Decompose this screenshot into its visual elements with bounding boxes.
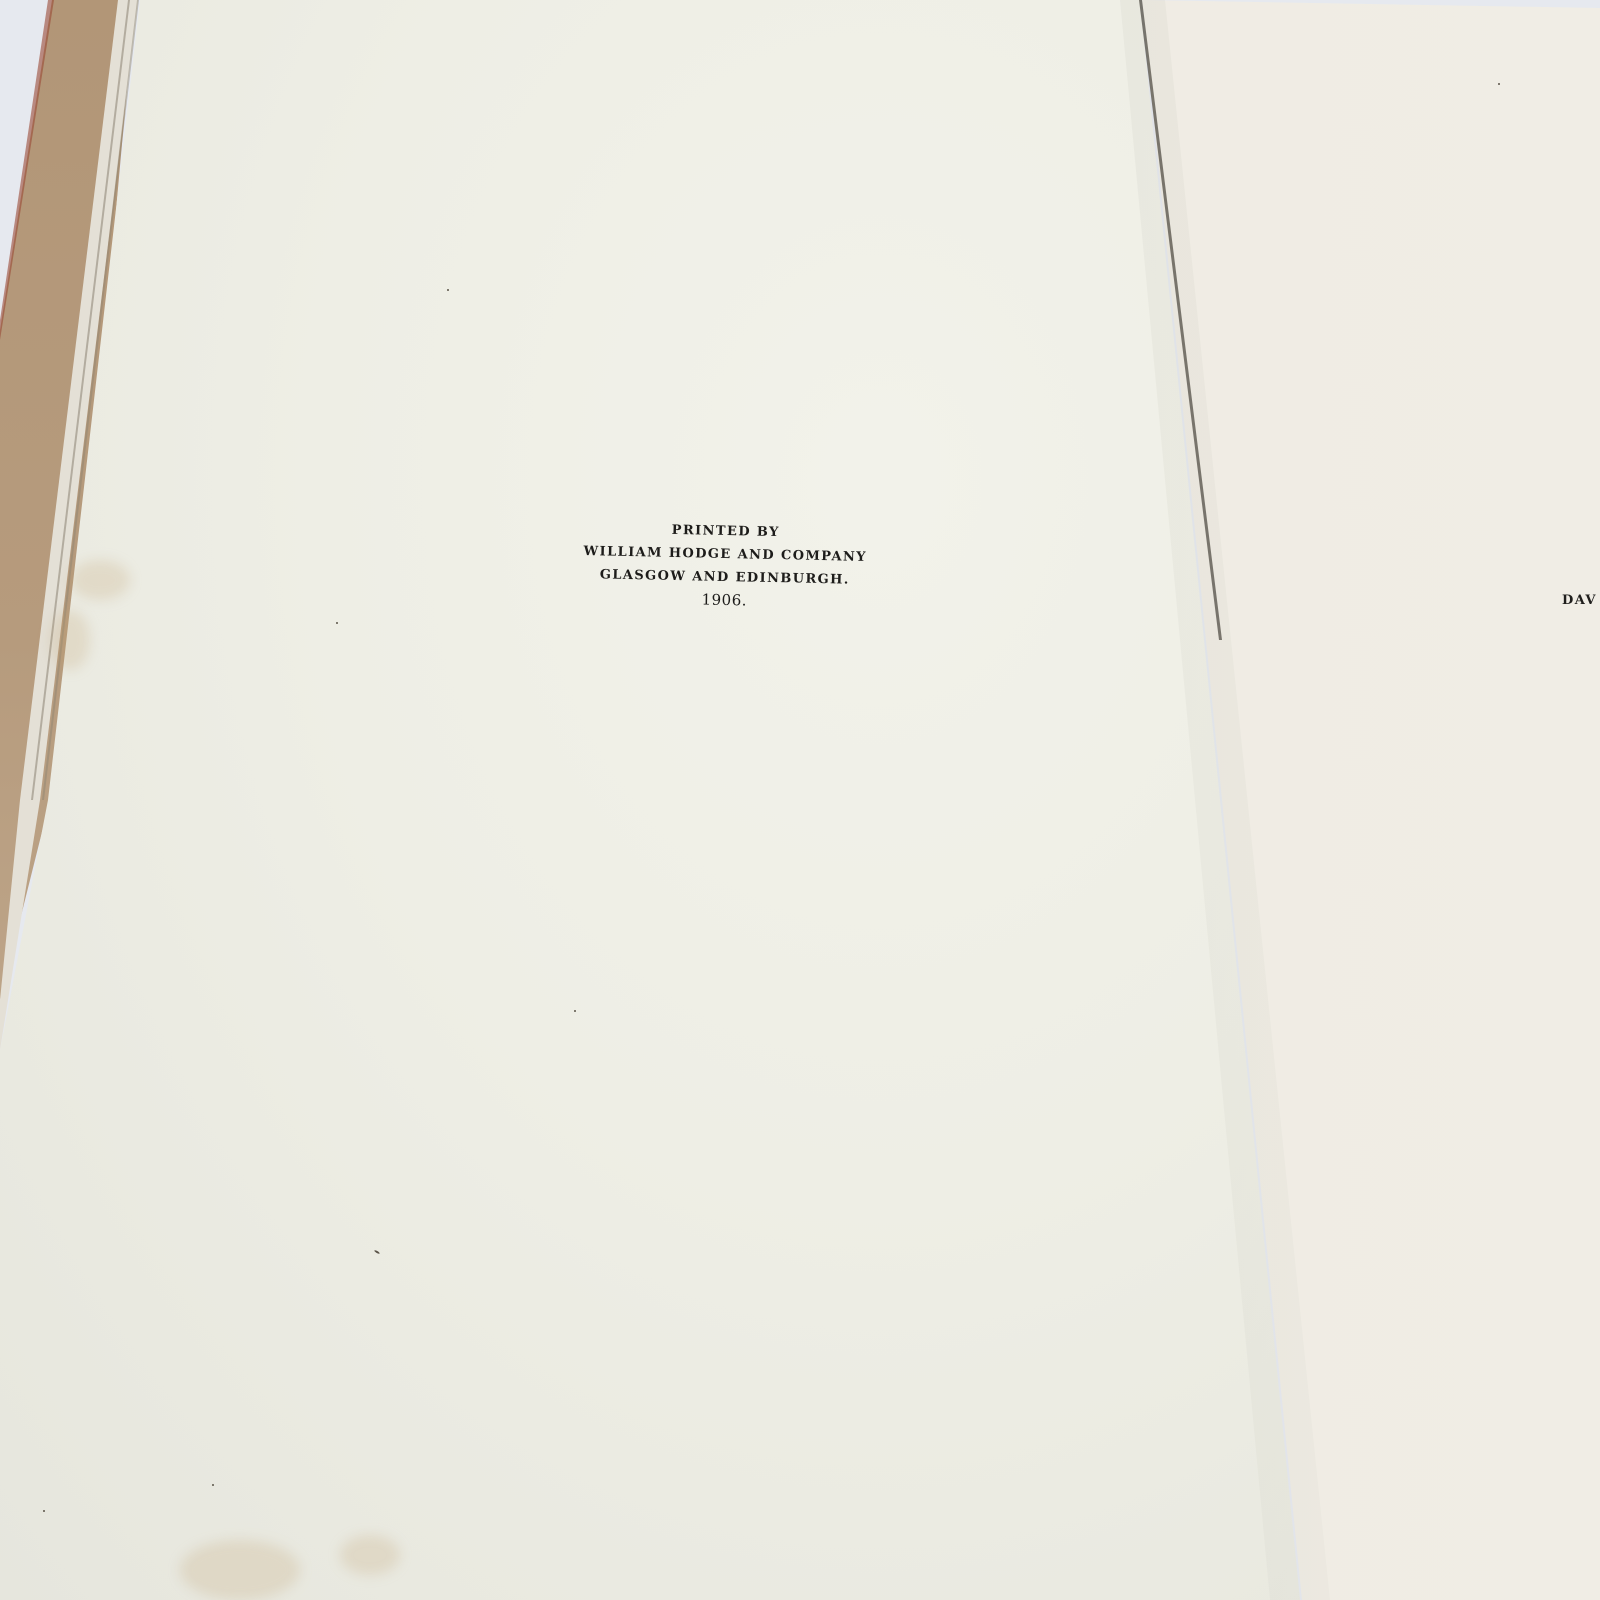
- speck: [1498, 83, 1500, 85]
- foxing-spot: [340, 1535, 400, 1575]
- book-photo: PRINTED BY WILLIAM HODGE AND COMPANY GLA…: [0, 0, 1600, 1600]
- foxing-spot: [70, 560, 130, 600]
- speck: [43, 1510, 45, 1512]
- speck: [574, 1010, 576, 1012]
- foxing-spot: [50, 610, 90, 670]
- foxing-spot: [180, 1540, 300, 1600]
- speck: [447, 289, 449, 291]
- printer-imprint: PRINTED BY WILLIAM HODGE AND COMPANY GLA…: [539, 516, 911, 616]
- speck: [212, 1484, 214, 1486]
- right-page-partial-text: DAV: [1562, 593, 1597, 608]
- speck: [336, 622, 338, 624]
